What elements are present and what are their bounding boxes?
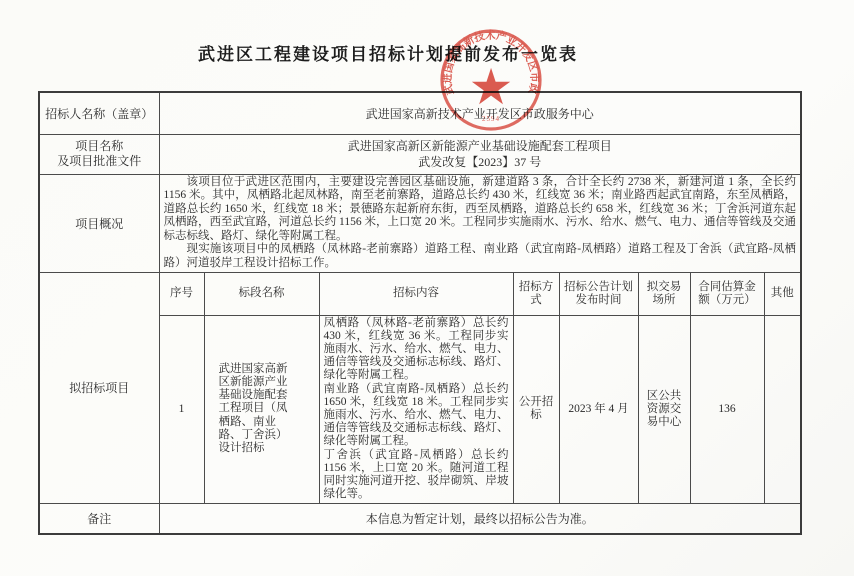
bid-content-paragraph-2: 南业路（武宜南路-凤栖路）总长约 1650 米，红线宽 18 米。工程同步实施雨… bbox=[324, 383, 509, 449]
project-name-label-line1: 项目名称 bbox=[44, 139, 155, 154]
page-title: 武进区工程建设项目招标计划提前发布一览表 bbox=[38, 40, 738, 65]
overview-paragraph-2: 现实施该项目中的凤栖路（凤林路-老前寨路）道路工程、南业路（武宜南路-凤栖路）道… bbox=[164, 243, 797, 270]
bid-section-label: 拟招标项目 bbox=[39, 272, 159, 503]
bidder-value: 武进国家高新技术产业开发区市政服务中心 bbox=[159, 92, 801, 134]
row-overview: 项目概况 该项目位于武进区范围内，主要建设完善园区基础设施，新建道路 3 条，合… bbox=[39, 174, 801, 272]
row-project-name: 项目名称 及项目批准文件 武进国家高新区新能源产业基础设施配套工程项目 武发改复… bbox=[39, 134, 801, 174]
col-header-method: 招标方式 bbox=[513, 272, 559, 315]
cell-seq: 1 bbox=[159, 315, 204, 503]
overview-text: 该项目位于武进区范围内，主要建设完善园区基础设施，新建道路 3 条，合计全长约 … bbox=[159, 174, 801, 272]
bid-content-paragraph-3: 丁舍浜（武宜路-凤栖路）总长约 1156 米，上口宽 20 米。随河道工程同时实… bbox=[324, 449, 509, 502]
col-header-section-name: 标段名称 bbox=[204, 272, 319, 315]
col-header-other: 其他 bbox=[764, 272, 801, 315]
scanned-page: 武进区工程建设项目招标计划提前发布一览表 招标人名称（盖章） 武进国家高新技术产… bbox=[0, 0, 854, 576]
cell-other bbox=[764, 315, 801, 503]
col-header-amount: 合同估算金额（万元） bbox=[690, 272, 764, 315]
row-bidder: 招标人名称（盖章） 武进国家高新技术产业开发区市政服务中心 bbox=[39, 92, 801, 134]
remark-label: 备注 bbox=[39, 503, 159, 534]
approval-doc-number: 武发改复【2023】37 号 bbox=[164, 154, 797, 170]
col-header-seq: 序号 bbox=[159, 272, 204, 315]
section-name-text: 武进国家高新区新能源产业基础设施配套工程项目（凤栖路、南业路、丁舍浜）设计招标 bbox=[219, 363, 295, 455]
cell-announce-time: 2023 年 4 月 bbox=[559, 315, 638, 503]
bid-plan-table: 招标人名称（盖章） 武进国家高新技术产业开发区市政服务中心 项目名称 及项目批准… bbox=[38, 91, 802, 535]
col-header-announce-time: 招标公告计划发布时间 bbox=[559, 272, 638, 315]
project-name-label: 项目名称 及项目批准文件 bbox=[39, 134, 159, 174]
project-name-label-line2: 及项目批准文件 bbox=[44, 154, 155, 169]
overview-label: 项目概况 bbox=[39, 174, 159, 272]
row-remark: 备注 本信息为暂定计划，最终以招标公告为准。 bbox=[39, 503, 801, 534]
bidder-label: 招标人名称（盖章） bbox=[39, 92, 159, 134]
cell-section-name: 武进国家高新区新能源产业基础设施配套工程项目（凤栖路、南业路、丁舍浜）设计招标 bbox=[204, 315, 319, 503]
project-name-value: 武进国家高新区新能源产业基础设施配套工程项目 武发改复【2023】37 号 bbox=[159, 134, 801, 174]
overview-paragraph-1: 该项目位于武进区范围内，主要建设完善园区基础设施，新建道路 3 条，合计全长约 … bbox=[164, 176, 797, 244]
cell-venue: 区公共资源交易中心 bbox=[638, 315, 690, 503]
cell-bid-content: 凤栖路（凤林路-老前寨路）总长约 430 米，红线宽 36 米。工程同步实施雨水… bbox=[319, 315, 513, 503]
remark-value: 本信息为暂定计划，最终以招标公告为准。 bbox=[159, 503, 801, 534]
col-header-venue: 拟交易场所 bbox=[638, 272, 690, 315]
cell-amount: 136 bbox=[690, 315, 764, 503]
col-header-content: 招标内容 bbox=[319, 272, 513, 315]
row-table-header: 拟招标项目 序号 标段名称 招标内容 招标方式 招标公告计划发布时间 拟交易场所… bbox=[39, 272, 801, 315]
project-name-line: 武进国家高新区新能源产业基础设施配套工程项目 bbox=[164, 138, 797, 154]
cell-method: 公开招标 bbox=[513, 315, 559, 503]
bid-content-paragraph-1: 凤栖路（凤林路-老前寨路）总长约 430 米，红线宽 36 米。工程同步实施雨水… bbox=[324, 317, 509, 383]
